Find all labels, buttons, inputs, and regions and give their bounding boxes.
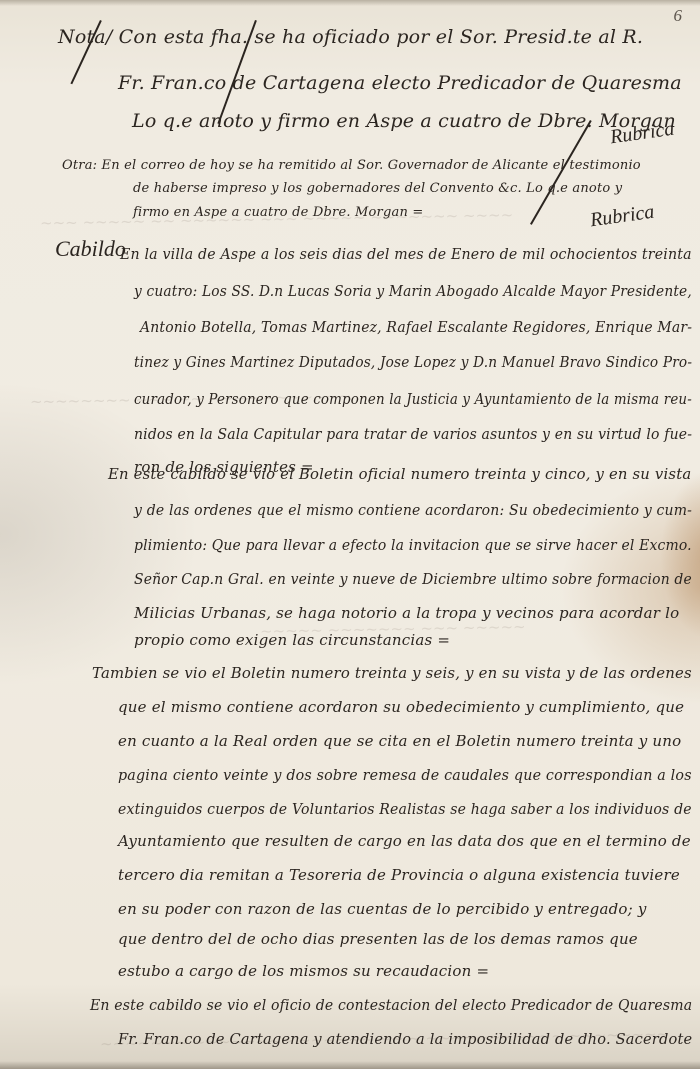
paragraph-line: y de las ordenes que el mismo contiene a…	[134, 501, 692, 519]
paragraph-line: extinguidos cuerpos de Voluntarios Reali…	[118, 800, 692, 818]
paragraph-line: en su poder con razon de las cuentas de …	[118, 900, 647, 918]
paragraph-line: que el mismo contiene acordaron su obede…	[118, 698, 684, 716]
paragraph-line: En este cabildo se vio el Boletin oficia…	[108, 465, 691, 483]
second-note-line: firmo en Aspe a cuatro de Dbre. Morgan =	[133, 205, 423, 220]
paragraph-line: tinez y Gines Martinez Diputados, Jose L…	[134, 353, 692, 371]
paragraph-line: pagina ciento veinte y dos sobre remesa …	[118, 766, 692, 784]
paragraph-line: propio como exigen las circunstancias =	[134, 631, 450, 649]
paragraph-line: Ayuntamiento que resulten de cargo en la…	[118, 832, 691, 850]
paragraph-line: En la villa de Aspe a los seis dias del …	[120, 245, 692, 263]
margin-label-cabildo: Cabildo	[55, 236, 126, 262]
page-top-edge	[0, 0, 700, 6]
paragraph-line: que dentro del de ocho dias presenten la…	[118, 930, 638, 948]
paragraph-line: curador, y Personero que componen la Jus…	[134, 390, 692, 408]
paragraph-line: Tambien se vio el Boletin numero treinta…	[92, 664, 692, 682]
manuscript-page: ~~~ ~~~~~ ~~ ~~~~~~ ~~~ ~~~~~ ~~~~~~~ ~~…	[0, 0, 700, 1069]
paragraph-line: Antonio Botella, Tomas Martinez, Rafael …	[140, 318, 692, 336]
paragraph-line: tercero dia remitan a Tesoreria de Provi…	[118, 866, 680, 884]
paragraph-line: plimiento: Que para llevar a efecto la i…	[134, 536, 692, 554]
paragraph-line: En este cabildo se vio el oficio de cont…	[90, 996, 692, 1014]
paragraph-line: Fr. Fran.co de Cartagena y atendiendo a …	[118, 1030, 692, 1048]
signature-rubric: Rubrica	[589, 201, 656, 233]
paragraph-line: Señor Cap.n Gral. en veinte y nueve de D…	[134, 570, 692, 588]
header-note-line: Lo q.e anoto y firmo en Aspe a cuatro de…	[132, 110, 676, 132]
second-note-line: Otra: En el correo de hoy se ha remitido…	[62, 158, 641, 173]
page-bottom-edge	[0, 1061, 700, 1069]
paragraph-line: nidos en la Sala Capitular para tratar d…	[134, 425, 692, 443]
paragraph-line: Milicias Urbanas, se haga notorio a la t…	[134, 604, 679, 622]
page-number: 6	[674, 6, 683, 26]
header-note-line: Nota/ Con esta fha. se ha oficiado por e…	[58, 26, 643, 48]
paragraph-line: en cuanto a la Real orden que se cita en…	[118, 732, 681, 750]
paragraph-line: y cuatro: Los SS. D.n Lucas Soria y Mari…	[134, 282, 692, 300]
paragraph-line: estubo a cargo de los mismos su recaudac…	[118, 962, 489, 980]
header-note-line: Fr. Fran.co de Cartagena electo Predicad…	[118, 72, 682, 94]
